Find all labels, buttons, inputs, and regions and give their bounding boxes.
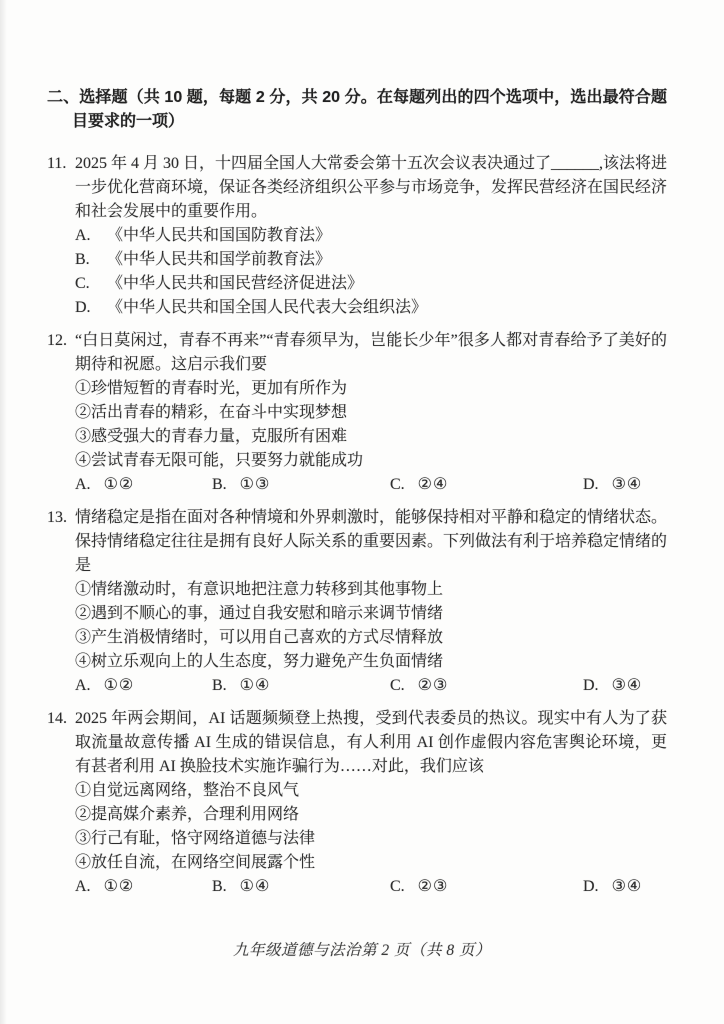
option-label: B. [212,677,227,694]
option-label: C. [390,677,405,694]
question-stem: “白日莫闲过，青春不再来”“青春须早为，岂能长少年”很多人都对青春给予了美好的期… [75,329,667,377]
option-label: C. [390,878,405,895]
question-number: 12. [47,329,67,353]
option-a: A.①② [75,473,212,497]
option-label: A. [75,677,91,694]
statement-item-3: ③行己有耻，恪守网络道德与法律 [75,827,667,851]
statement-item-1: ①珍惜短暂的青春时光，更加有所作为 [75,377,667,401]
option-label: D. [75,296,97,320]
option-text: ③④ [612,878,643,895]
statement-item-4: ④放任自流，在网络空间展露个性 [75,851,667,875]
question-number: 11. [47,152,66,176]
option-b: B.①④ [212,674,390,698]
question-12: 12. “白日莫闲过，青春不再来”“青春须早为，岂能长少年”很多人都对青春给予了… [47,329,667,497]
statement-item-1: ①自觉远离网络，整治不良风气 [75,779,667,803]
option-text: ①④ [240,677,271,694]
option-text: ③④ [612,677,643,694]
option-a: A.①② [75,875,212,899]
statement-item-2: ②活出青春的精彩，在奋斗中实现梦想 [75,401,667,425]
section-header: 二、选择题（共 10 题，每题 2 分，共 20 分。在每题列出的四个选项中，选… [47,86,667,134]
option-text: ②③ [418,677,449,694]
option-b: B.《中华人民共和国学前教育法》 [75,248,667,272]
page-footer: 九年级道德与法治第 2 页（共 8 页） [0,938,724,960]
option-text: ②③ [418,878,449,895]
option-d: D.《中华人民共和国全国人民代表大会组织法》 [75,296,667,320]
statement-item-4: ④树立乐观向上的人生态度，努力避免产生负面情绪 [75,650,667,674]
option-text: ①④ [240,878,271,895]
option-c: C.《中华人民共和国民营经济促进法》 [75,272,667,296]
option-d: D.③④ [583,674,667,698]
option-b: B.①④ [212,875,390,899]
question-stem: 2025 年 4 月 30 日，十四届全国人大常委会第十五次会议表决通过了___… [75,152,667,224]
question-14: 14. 2025 年两会期间，AI 话题频频登上热搜，受到代表委员的热议。现实中… [47,707,667,899]
option-c: C.②④ [390,473,583,497]
option-label: D. [583,677,599,694]
option-text: ①③ [240,476,271,493]
question-stem: 情绪稳定是指在面对各种情境和外界刺激时，能够保持相对平静和稳定的情绪状态。保持情… [75,506,667,578]
option-a: A.①② [75,674,212,698]
statement-item-2: ②提高媒介素养，合理利用网络 [75,803,667,827]
option-label: D. [583,878,599,895]
option-label: B. [75,248,97,272]
question-11: 11. 2025 年 4 月 30 日，十四届全国人大常委会第十五次会议表决通过… [47,152,667,320]
option-a: A.《中华人民共和国国防教育法》 [75,224,667,248]
option-d: D.③④ [583,473,667,497]
option-label: C. [75,272,97,296]
question-stem: 2025 年两会期间，AI 话题频频登上热搜，受到代表委员的热议。现实中有人为了… [75,707,667,779]
option-label: B. [212,476,227,493]
option-label: A. [75,224,97,248]
question-number: 13. [47,506,67,530]
question-13: 13. 情绪稳定是指在面对各种情境和外界刺激时，能够保持相对平静和稳定的情绪状态… [47,506,667,698]
answer-options-row: A.①② B.①③ C.②④ D.③④ [75,473,667,497]
option-label: C. [390,476,405,493]
option-label: B. [212,878,227,895]
option-text: ①② [104,677,135,694]
question-number: 14. [47,707,67,731]
option-text: ②④ [418,476,449,493]
option-text: ③④ [612,476,643,493]
statement-item-1: ①情绪激动时，有意识地把注意力转移到其他事物上 [75,578,667,602]
option-text: 《中华人民共和国学前教育法》 [107,251,331,268]
statement-item-3: ③产生消极情绪时，可以用自己喜欢的方式尽情释放 [75,626,667,650]
option-text: 《中华人民共和国民营经济促进法》 [107,275,363,292]
option-label: A. [75,476,91,493]
option-c: C.②③ [390,674,583,698]
statement-item-4: ④尝试青春无限可能，只要努力就能成功 [75,449,667,473]
option-text: ①② [104,476,135,493]
option-b: B.①③ [212,473,390,497]
option-text: ①② [104,878,135,895]
option-d: D.③④ [583,875,667,899]
option-label: A. [75,878,91,895]
option-text: 《中华人民共和国国防教育法》 [107,227,331,244]
exam-paper-page: 二、选择题（共 10 题，每题 2 分，共 20 分。在每题列出的四个选项中，选… [0,0,724,1024]
answer-options-row: A.①② B.①④ C.②③ D.③④ [75,875,667,899]
option-text: 《中华人民共和国全国人民代表大会组织法》 [107,299,427,316]
statement-item-3: ③感受强大的青春力量，克服所有困难 [75,425,667,449]
answer-options-row: A.①② B.①④ C.②③ D.③④ [75,674,667,698]
option-label: D. [583,476,599,493]
option-c: C.②③ [390,875,583,899]
statement-item-2: ②遇到不顺心的事，通过自我安慰和暗示来调节情绪 [75,602,667,626]
